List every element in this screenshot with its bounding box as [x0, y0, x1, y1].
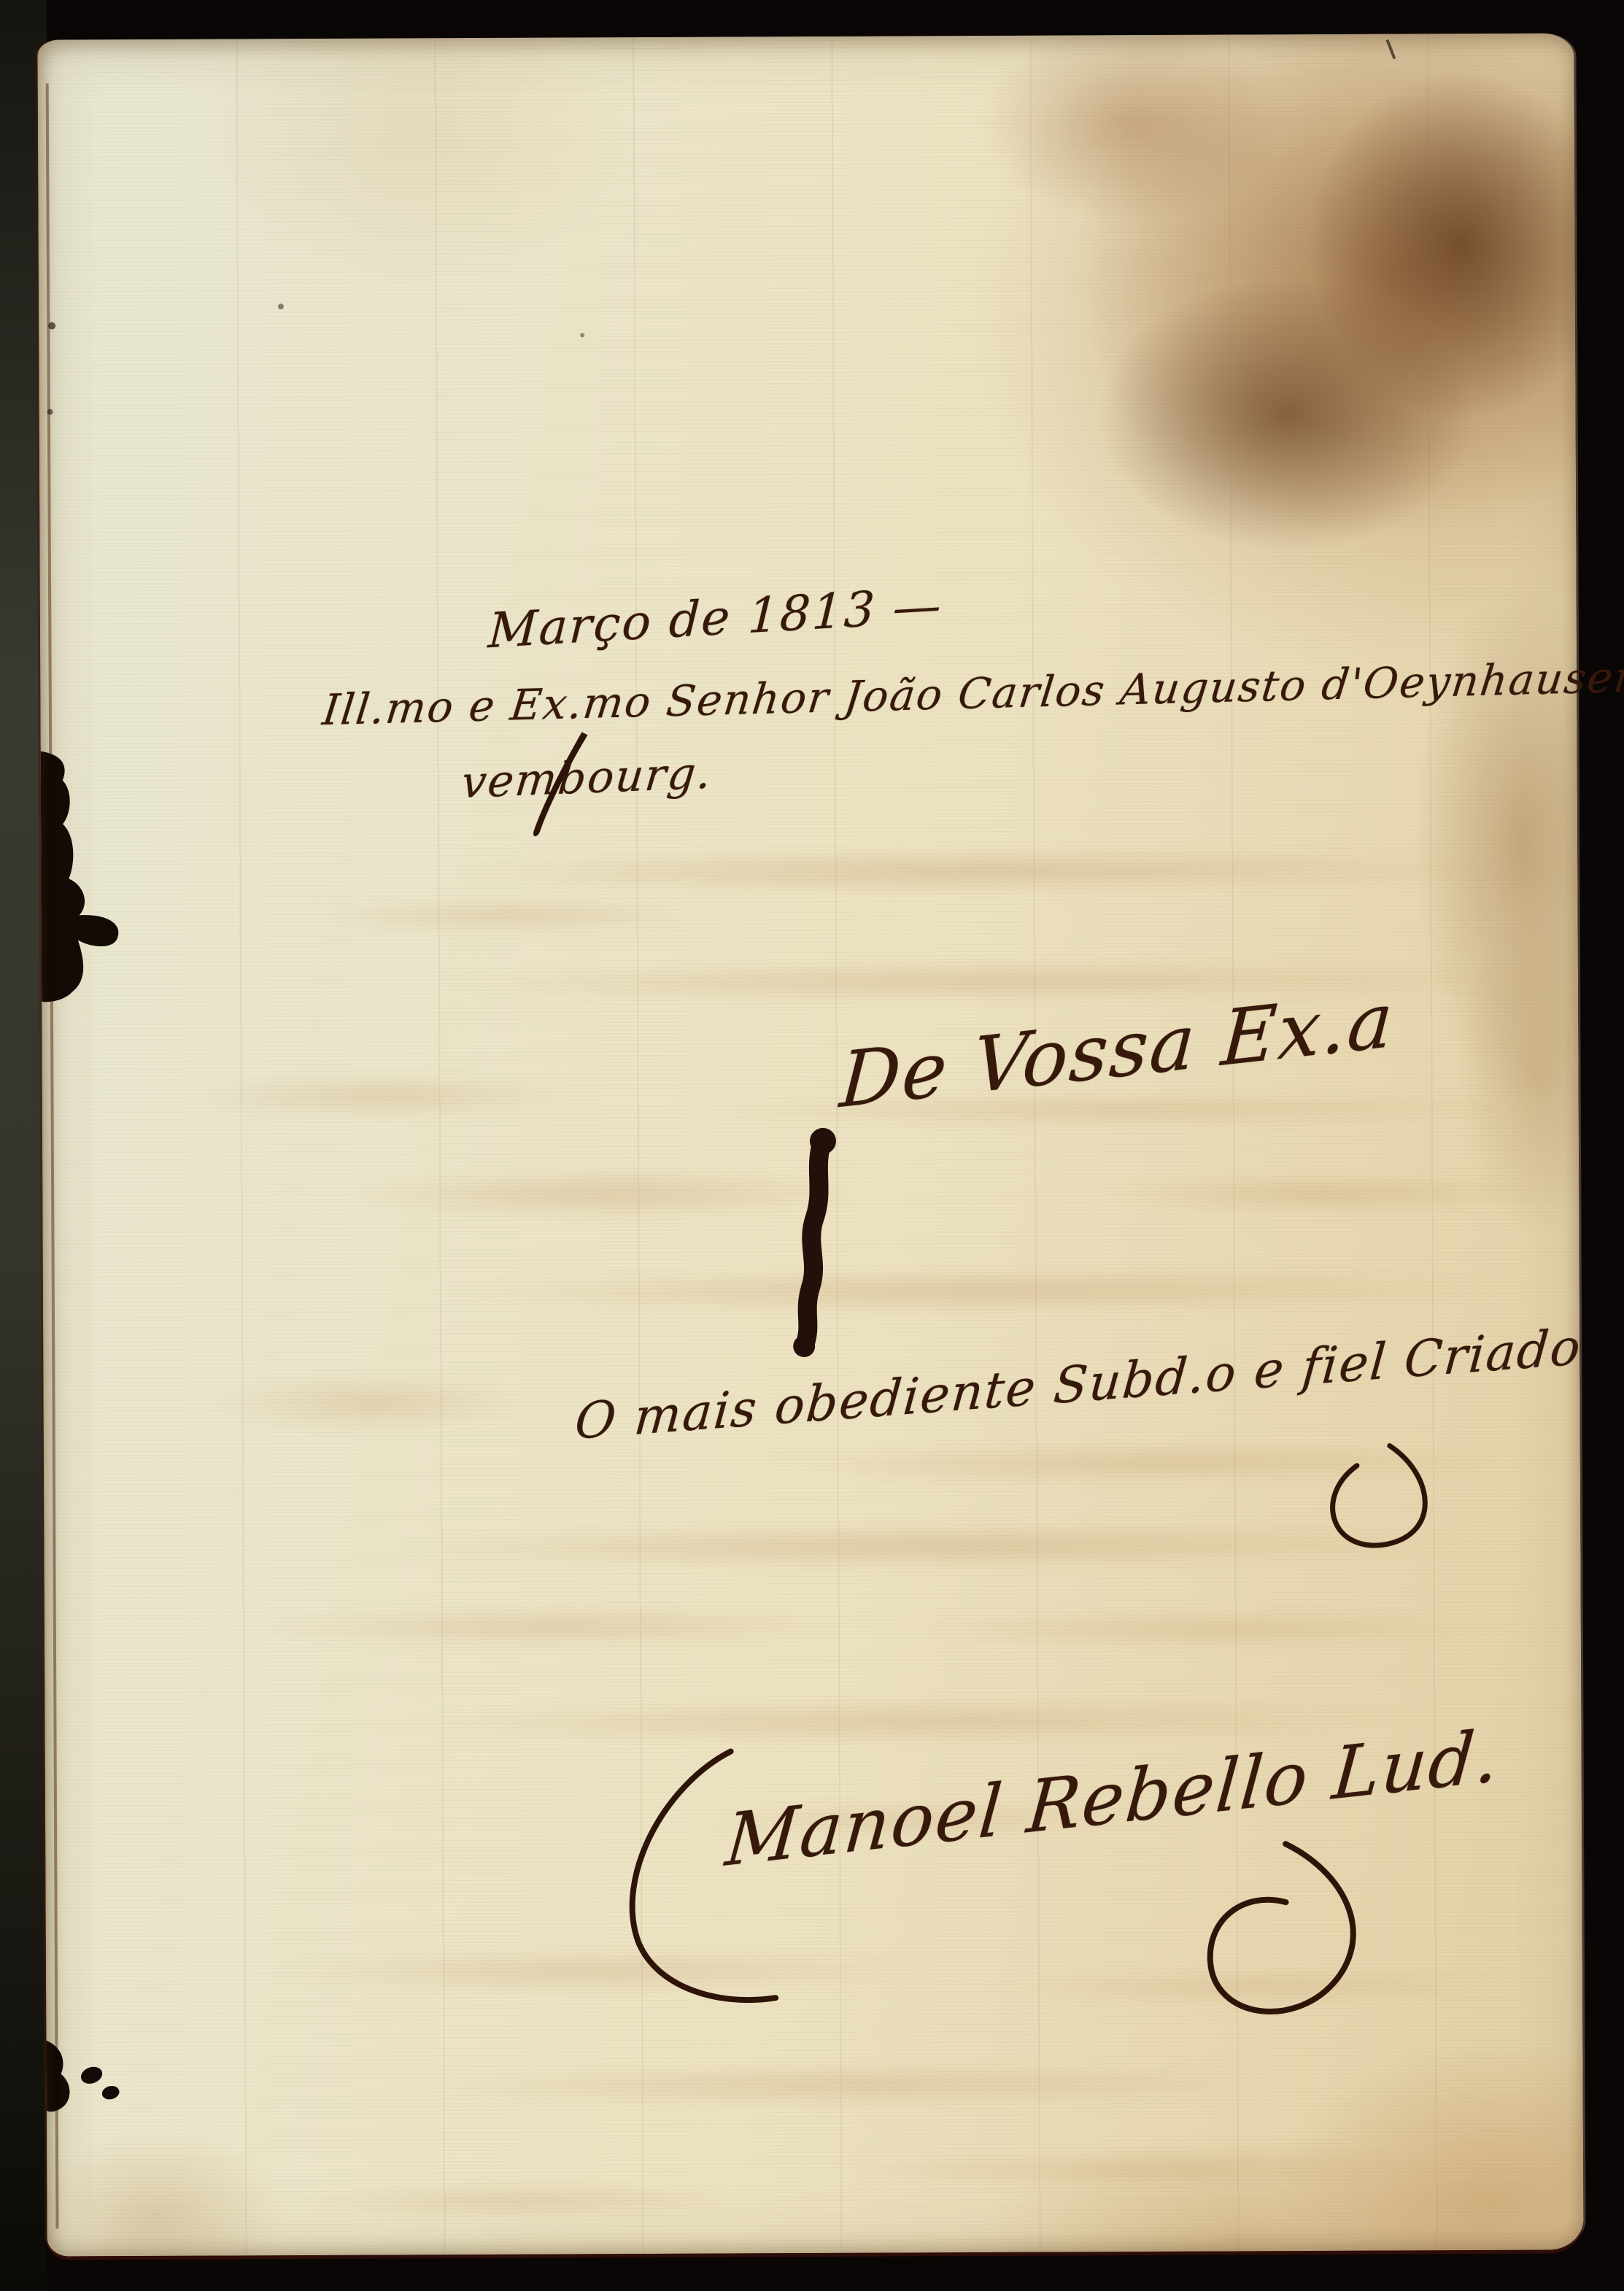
binding-tie-droplet [79, 2064, 105, 2087]
handwritten-salutation-line1: Ill.mo e Ex.mo Senhor João Carlos August… [320, 648, 1624, 735]
edge-pen-tick [1387, 39, 1394, 58]
ink-speckle [580, 333, 584, 337]
handwritten-valediction: O mais obediente Subd.o e fiel Criado [573, 1318, 1584, 1451]
handwritten-signature: Manoel Rebello Lud. [722, 1714, 1503, 1883]
ink-blot-head [810, 1128, 836, 1154]
photo-background: Março de 1813 — Ill.mo e Ex.mo Senhor Jo… [0, 0, 1624, 2291]
ink-speckle [278, 304, 284, 309]
binding-tie-upper [41, 751, 119, 1002]
manuscript-page: Março de 1813 — Ill.mo e Ex.mo Senhor Jo… [37, 33, 1583, 2256]
ink-and-binding-overlay [37, 33, 1583, 2256]
ink-speckle [47, 409, 53, 415]
handwritten-closing-formula: De Vossa Ex.a [838, 975, 1397, 1126]
ink-blot-drip [804, 1140, 824, 1345]
bleed-through-text [37, 33, 1574, 39]
ink-speckle [48, 322, 55, 330]
ink-blot-tail [793, 1335, 815, 1357]
binding-tie-lower [46, 2040, 69, 2112]
handwritten-date-line: Março de 1813 — [487, 577, 943, 660]
signature-end-loop [1210, 1844, 1353, 2012]
binding-tie-droplet [101, 2084, 121, 2101]
page-fold-crack [47, 84, 58, 2229]
flourish-under-criado [1332, 1445, 1425, 1545]
handwritten-salutation-line2: vembourg. [459, 747, 714, 808]
